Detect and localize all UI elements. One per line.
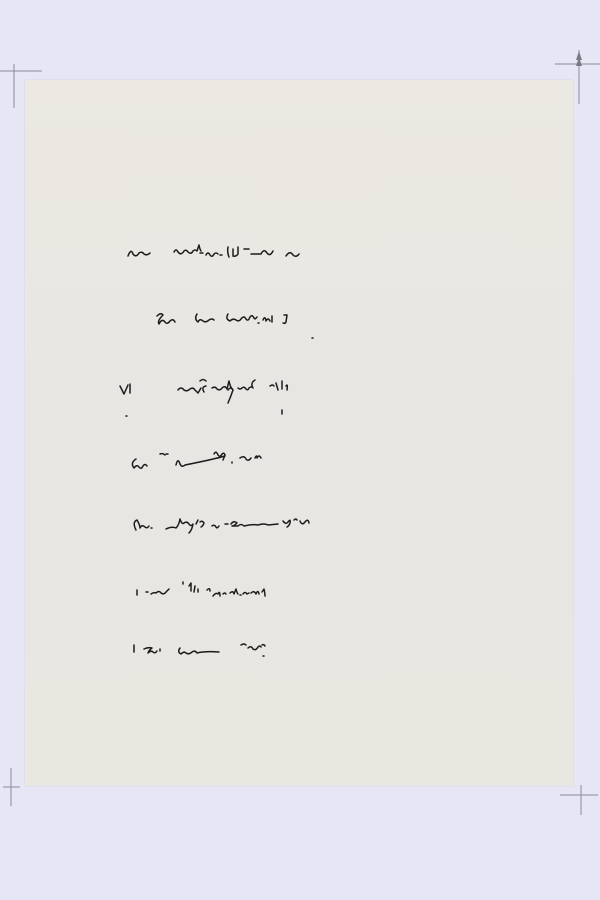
handwriting-line-7 (0, 0, 600, 900)
